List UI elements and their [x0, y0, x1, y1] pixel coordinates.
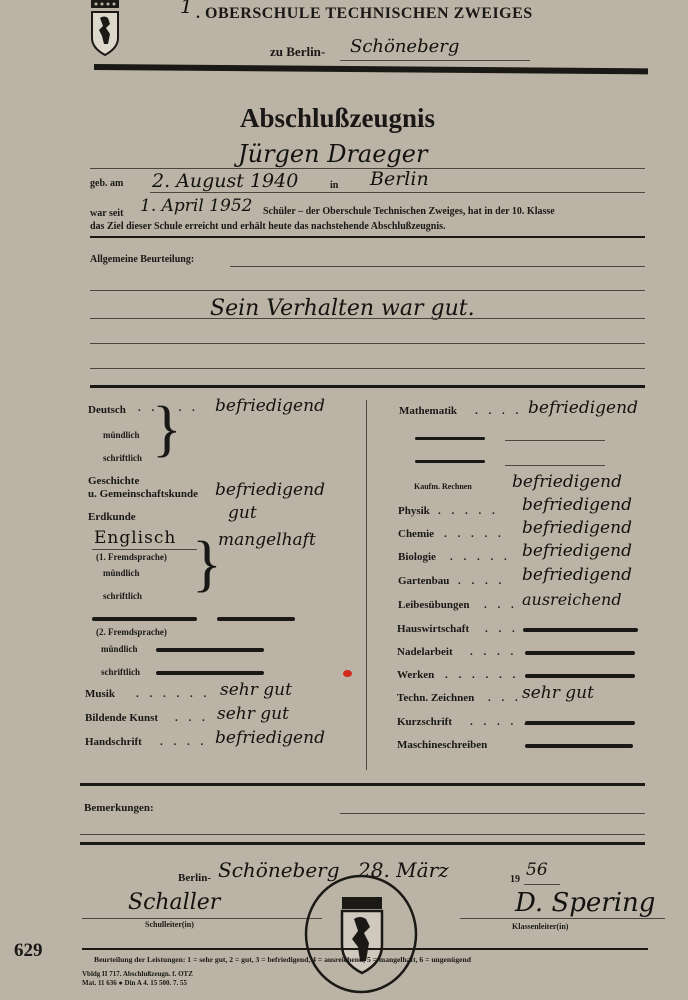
englisch-underline: [92, 549, 197, 550]
subject-first-language: (1. Fremdsprache): [96, 552, 167, 562]
closing-year-suffix: 56: [526, 860, 548, 880]
born-date: 2. August 1940: [152, 170, 298, 192]
subject-hauswirtschaft: Hauswirtschaft: [397, 623, 469, 635]
column-divider: [366, 400, 367, 770]
school-name: . OBERSCHULE TECHNISCHEN ZWEIGES: [196, 5, 533, 23]
subject-deutsch-oral: mündlich: [103, 430, 140, 440]
subject-kurzschrift: Kurzschrift: [397, 716, 452, 728]
assessment-line: [90, 343, 645, 344]
subject-gartenbau: Gartenbau: [398, 575, 449, 587]
empty-grade-dash: [525, 651, 635, 655]
leader-dots: . . . .: [475, 405, 522, 417]
subject-physik: Physik: [398, 505, 430, 517]
teacher-label: Klassenleiter(in): [512, 922, 568, 931]
remarks-label: Bemerkungen:: [84, 802, 154, 814]
remarks-rule: [80, 842, 645, 845]
subject-mathematik: Mathematik: [399, 405, 457, 417]
grade-leibesuebungen: ausreichend: [522, 590, 622, 609]
empty-grade-dash: [156, 671, 264, 675]
grade-gartenbau: befriedigend: [522, 565, 632, 585]
grade-kaufm-rechnen: befriedigend: [512, 472, 622, 492]
district-underline: [340, 60, 530, 61]
leader-dots: . . .: [488, 692, 522, 704]
principal-signature: Schaller: [128, 890, 220, 915]
grades-rule: [80, 783, 645, 786]
subject-biologie: Biologie: [398, 551, 436, 563]
teacher-signature: D. Spering: [515, 888, 655, 918]
empty-grade-dash: [92, 617, 197, 621]
subject-leibesuebungen: Leibesübungen: [398, 599, 470, 611]
leader-dots: . . . .: [160, 736, 207, 748]
document-title: Abschlußzeugnis: [240, 103, 435, 134]
assessment-label: Allgemeine Beurteilung:: [90, 254, 194, 265]
in-label: in: [330, 180, 338, 191]
year-underline: [524, 884, 560, 885]
subject-bildende-kunst: Bildende Kunst: [85, 712, 158, 724]
signature-line: [460, 918, 665, 919]
subject-deutsch-written: schriftlich: [103, 453, 142, 463]
grade-erdkunde: gut: [228, 503, 257, 523]
since-label: war seit: [90, 208, 123, 219]
student-rule: [90, 236, 645, 238]
grading-scale: Beurteilung der Leistungen: 1 = sehr gut…: [94, 955, 471, 964]
empty-grade-dash: [525, 744, 633, 748]
subject-englisch: Englisch: [94, 528, 176, 548]
empty-grade-dash: [525, 674, 635, 678]
leader-dots: . . . . .: [444, 528, 505, 540]
empty-subject-dash: [415, 460, 485, 463]
signature-line: [82, 918, 322, 919]
red-dot-mark: [343, 670, 352, 677]
remarks-line: [80, 834, 645, 835]
grade-chemie: befriedigend: [522, 518, 632, 538]
born-line: [150, 192, 645, 193]
leader-dots: . . . . .: [450, 551, 511, 563]
print-info-2: Mat. 11 636 ● Din A 4. 15 500. 7. 55: [82, 979, 187, 987]
assessment-line: [230, 266, 645, 267]
assessment-rule: [90, 385, 645, 388]
grade-englisch: mangelhaft: [218, 530, 316, 550]
subject-techn-zeichnen: Techn. Zeichnen: [397, 692, 474, 704]
footer-rule: [82, 948, 648, 950]
since-date: 1. April 1952: [140, 196, 252, 216]
subject-nadelarbeit: Nadelarbeit: [397, 646, 453, 658]
leader-dots: . . .: [485, 623, 519, 635]
leader-dots: . . .: [175, 712, 209, 724]
leader-dots: . . . . .: [470, 716, 531, 728]
name-line: [90, 168, 645, 169]
leader-dots: . . . . . .: [136, 688, 210, 700]
leader-dots: . . . . .: [438, 505, 499, 517]
school-number: 1: [180, 0, 193, 18]
empty-subject-dash: [415, 437, 485, 440]
subject-second-oral: mündlich: [101, 644, 138, 654]
assessment-line: [90, 318, 645, 319]
principal-label: Schulleiter(in): [145, 920, 194, 929]
grade-mathematik: befriedigend: [528, 398, 638, 418]
brace-icon: }: [192, 533, 222, 595]
subject-deutsch: Deutsch: [88, 404, 126, 416]
empty-grade-line: [505, 440, 605, 441]
closing-year-prefix: 19: [510, 874, 520, 885]
grade-handschrift: befriedigend: [215, 728, 325, 748]
grade-gemeinschaftskunde: befriedigend: [215, 480, 325, 500]
empty-grade-dash: [525, 721, 635, 725]
brace-icon: }: [152, 398, 182, 460]
grade-deutsch: befriedigend: [215, 396, 325, 416]
born-label: geb. am: [90, 178, 123, 189]
closing-city: Berlin-: [178, 872, 211, 884]
subject-geschichte: Geschichte: [88, 475, 139, 487]
subject-second-written: schriftlich: [101, 667, 140, 677]
subject-werken: Werken: [397, 669, 434, 681]
empty-grade-dash: [523, 628, 638, 632]
page-number: 629: [14, 940, 43, 962]
header-rule: [94, 64, 648, 74]
subject-chemie: Chemie: [398, 528, 434, 540]
leader-dots: . . . .: [470, 646, 517, 658]
grade-biologie: befriedigend: [522, 541, 632, 561]
assessment-line: [90, 368, 645, 369]
subject-second-language: (2. Fremdsprache): [96, 627, 167, 637]
grade-physik: befriedigend: [522, 495, 632, 515]
empty-grade-line: [505, 465, 605, 466]
grade-bildende-kunst: sehr gut: [217, 704, 289, 724]
assessment-line: [90, 290, 645, 291]
print-info-1: Vbldg II 717. Abschlußzeugn. f. OTZ: [82, 970, 193, 978]
empty-grade-dash: [156, 648, 264, 652]
subject-gemeinschaftskunde: u. Gemeinschaftskunde: [88, 488, 198, 500]
born-place: Berlin: [370, 168, 429, 190]
berlin-coat-of-arms-icon: [88, 0, 122, 58]
grade-techn-zeichnen: sehr gut: [522, 683, 594, 703]
leader-dots: . . .: [484, 599, 518, 611]
subject-handschrift: Handschrift: [85, 736, 142, 748]
subject-englisch-oral: mündlich: [103, 568, 140, 578]
grade-musik: sehr gut: [220, 680, 292, 700]
subject-englisch-written: schriftlich: [103, 591, 142, 601]
subject-erdkunde: Erdkunde: [88, 511, 136, 523]
district-handwritten: Schöneberg: [350, 36, 459, 57]
statement-line-1: Schüler – der Oberschule Technischen Zwe…: [263, 206, 555, 217]
official-stamp-icon: [302, 873, 420, 995]
city-prefix: zu Berlin-: [270, 44, 325, 60]
leader-dots: . . . .: [458, 575, 505, 587]
subject-kaufm-rechnen: Kaufm. Rechnen: [414, 482, 472, 491]
student-name: Jürgen Draeger: [238, 140, 427, 168]
statement-line-2: das Ziel dieser Schule erreicht und erhä…: [90, 221, 446, 232]
empty-grade-dash: [217, 617, 295, 621]
leader-dots: . . . . . .: [445, 669, 519, 681]
remarks-line: [340, 813, 645, 814]
subject-maschineschreiben: Maschineschreiben: [397, 739, 487, 751]
subject-musik: Musik: [85, 688, 115, 700]
